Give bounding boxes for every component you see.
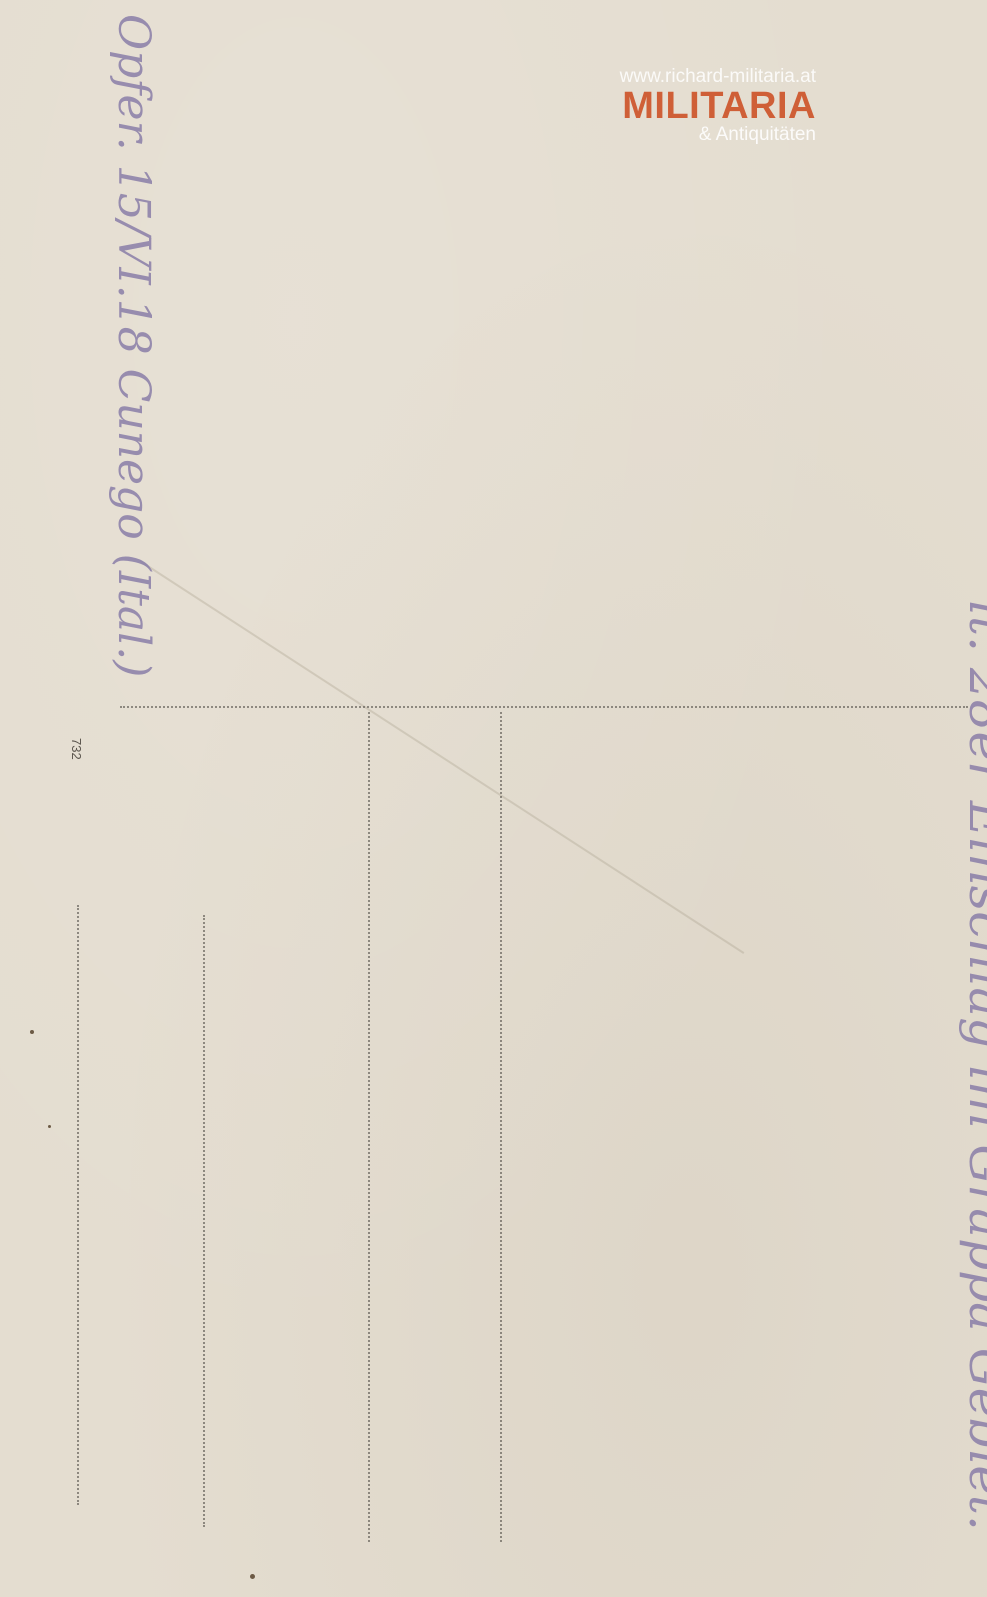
postcard-back: www.richard-militaria.at MILITARIA & Ant… xyxy=(0,0,987,1597)
print-number: 732 xyxy=(69,738,84,760)
address-line-3 xyxy=(368,712,370,1542)
address-line-1 xyxy=(77,905,79,1505)
paper-spot xyxy=(48,1125,51,1128)
handwritten-note-right: it. 28er Einschlag im Grappa Gebiet. xyxy=(958,600,987,1531)
watermark: www.richard-militaria.at MILITARIA & Ant… xyxy=(536,66,816,146)
paper-crease xyxy=(139,560,744,954)
watermark-subtitle: & Antiquitäten xyxy=(536,124,816,146)
divider-line-horizontal xyxy=(120,706,968,708)
paper-spot xyxy=(30,1030,34,1034)
address-line-2 xyxy=(203,915,205,1527)
address-line-4 xyxy=(500,712,502,1542)
paper-spot xyxy=(250,1574,255,1579)
handwritten-note-left: Opfer. 15/VI.18 Cunego (Ital.) xyxy=(108,14,159,677)
watermark-brand: MILITARIA xyxy=(536,88,816,124)
